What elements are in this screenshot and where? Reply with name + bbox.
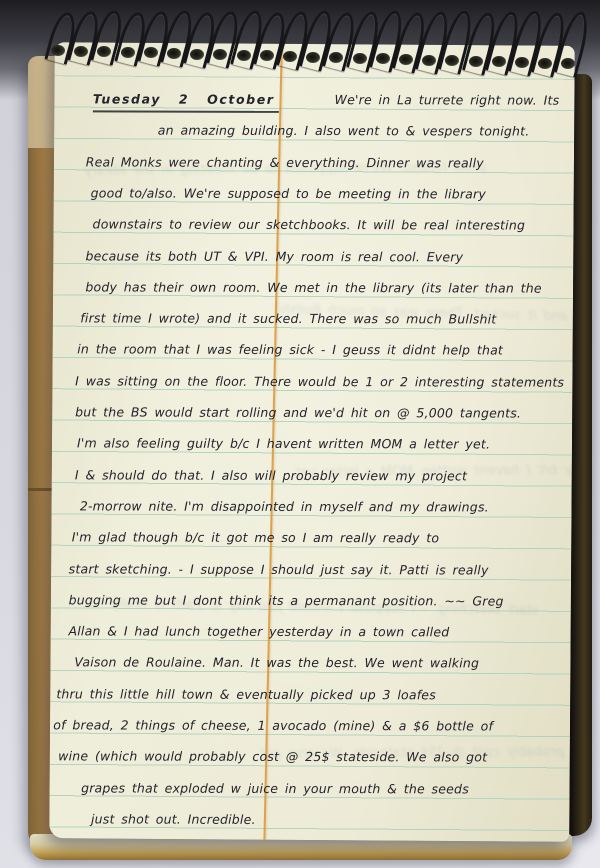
journal-line: bugging me but I dont think its a perman… bbox=[69, 590, 504, 613]
journal-line: because its both UT & VPI. My room is re… bbox=[85, 246, 463, 269]
journal-line: Vaison de Roulaine. Man. It was the best… bbox=[74, 653, 479, 676]
punch-hole bbox=[237, 50, 251, 61]
journal-line: thru this little hill town & eventually … bbox=[56, 684, 436, 707]
journal-line: I'm glad though b/c it got me so I am re… bbox=[72, 528, 440, 551]
punch-hole bbox=[121, 47, 135, 58]
punch-hole bbox=[515, 57, 529, 68]
notebook-page: good to/also. We're supposed to be meeti… bbox=[49, 42, 575, 842]
journal-line: downstairs to review our sketchbooks. It… bbox=[93, 215, 526, 238]
journal-line: good to/also. We're supposed to be meeti… bbox=[91, 183, 486, 206]
punch-hole bbox=[51, 45, 65, 56]
journal-line: grapes that exploded w juice in your mou… bbox=[81, 778, 469, 801]
journal-line: Allan & I had lunch together yesterday i… bbox=[68, 621, 449, 644]
punch-hole bbox=[469, 56, 483, 67]
spiral-binding bbox=[0, 0, 600, 120]
punch-hole bbox=[167, 48, 181, 59]
punch-hole bbox=[538, 58, 552, 69]
punch-hole bbox=[74, 46, 88, 57]
journal-line: an amazing building. I also went to & ve… bbox=[158, 121, 530, 144]
journal-line: I & should do that. I also will probably… bbox=[75, 465, 467, 488]
journal-line: I'm also feeling guilty b/c I havent wri… bbox=[77, 434, 490, 457]
journal-line: but the BS would start rolling and we'd … bbox=[75, 402, 521, 425]
journal-line: in the room that I was feeling sick - I … bbox=[77, 340, 503, 363]
punch-hole bbox=[422, 55, 436, 66]
journal-line: just shot out. Incredible. bbox=[91, 809, 256, 831]
punch-hole bbox=[399, 54, 413, 65]
journal-line: body has their own room. We met in the l… bbox=[85, 277, 541, 300]
journal-line: I was sitting on the floor. There would … bbox=[75, 371, 564, 394]
punch-hole bbox=[353, 53, 367, 64]
punch-hole bbox=[190, 49, 204, 60]
journal-line: first time I wrote) and it sucked. There… bbox=[80, 308, 496, 331]
journal-line: of bread, 2 things of cheese, 1 avocado … bbox=[53, 715, 493, 738]
punch-hole bbox=[283, 51, 297, 62]
notebook-photo: good to/also. We're supposed to be meeti… bbox=[0, 0, 600, 868]
journal-line: 2-morrow nite. I'm disappointed in mysel… bbox=[80, 496, 489, 519]
journal-line: Real Monks were chanting & everything. D… bbox=[86, 152, 484, 175]
journal-line: start sketching. - I suppose I should ju… bbox=[69, 559, 489, 582]
journal-line: wine (which would probably cost @ 25$ st… bbox=[58, 747, 487, 770]
journal-text: Tuesday 2 OctoberWe're in La turrete rig… bbox=[51, 43, 573, 840]
punch-hole bbox=[306, 52, 320, 63]
